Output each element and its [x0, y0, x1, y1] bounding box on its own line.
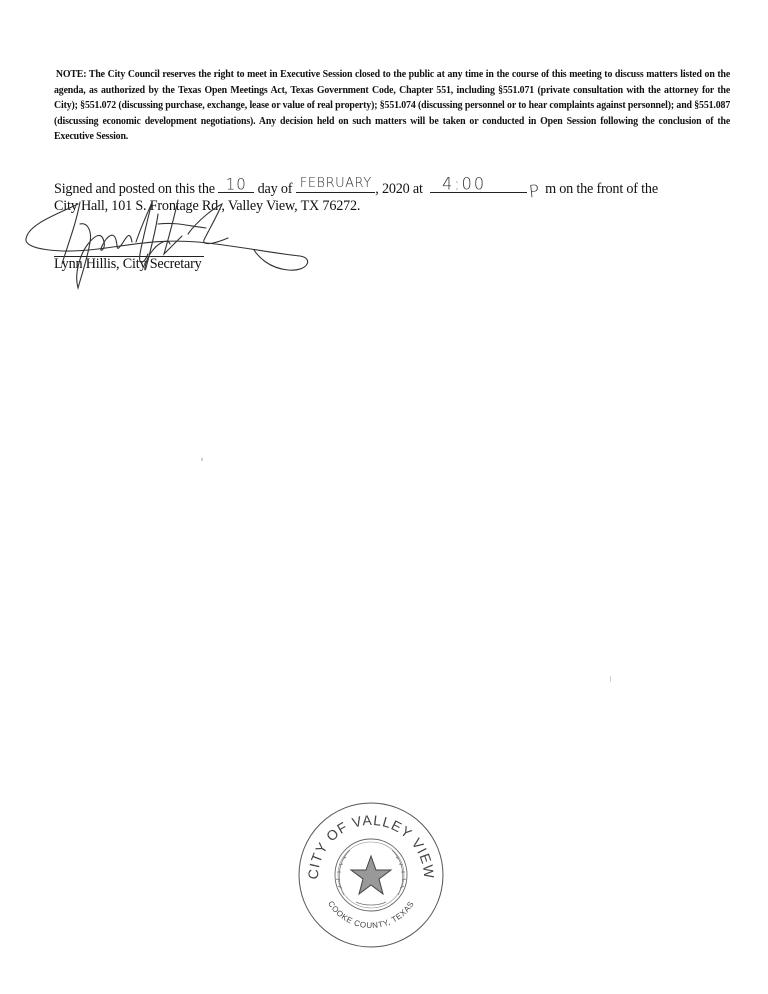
- handwritten-signature: [18, 194, 318, 294]
- scan-speck: [610, 676, 611, 682]
- month-field: FEBRUARY: [296, 178, 375, 193]
- year-label: , 2020 at: [375, 181, 422, 197]
- notice-label: NOTE:: [54, 69, 86, 80]
- posting-suffix: m on the front of the: [545, 181, 658, 197]
- ampm-value: P: [528, 184, 540, 202]
- day-field: 10: [218, 178, 254, 193]
- scan-speck: [201, 458, 203, 461]
- time-field: 4:00: [430, 178, 527, 193]
- notice-text: The City Council reserves the right to m…: [54, 69, 730, 142]
- executive-session-notice: NOTE: The City Council reserves the righ…: [54, 67, 730, 145]
- month-value: FEBRUARY: [296, 176, 375, 193]
- day-value: 10: [218, 176, 254, 193]
- seal-bottom-text: COOKE COUNTY, TEXAS: [326, 899, 416, 930]
- city-seal: CITY OF VALLEY VIEW COOKE COUNTY, TEXAS: [296, 800, 446, 950]
- time-value: 4:00: [430, 176, 527, 193]
- star-icon: [351, 856, 391, 894]
